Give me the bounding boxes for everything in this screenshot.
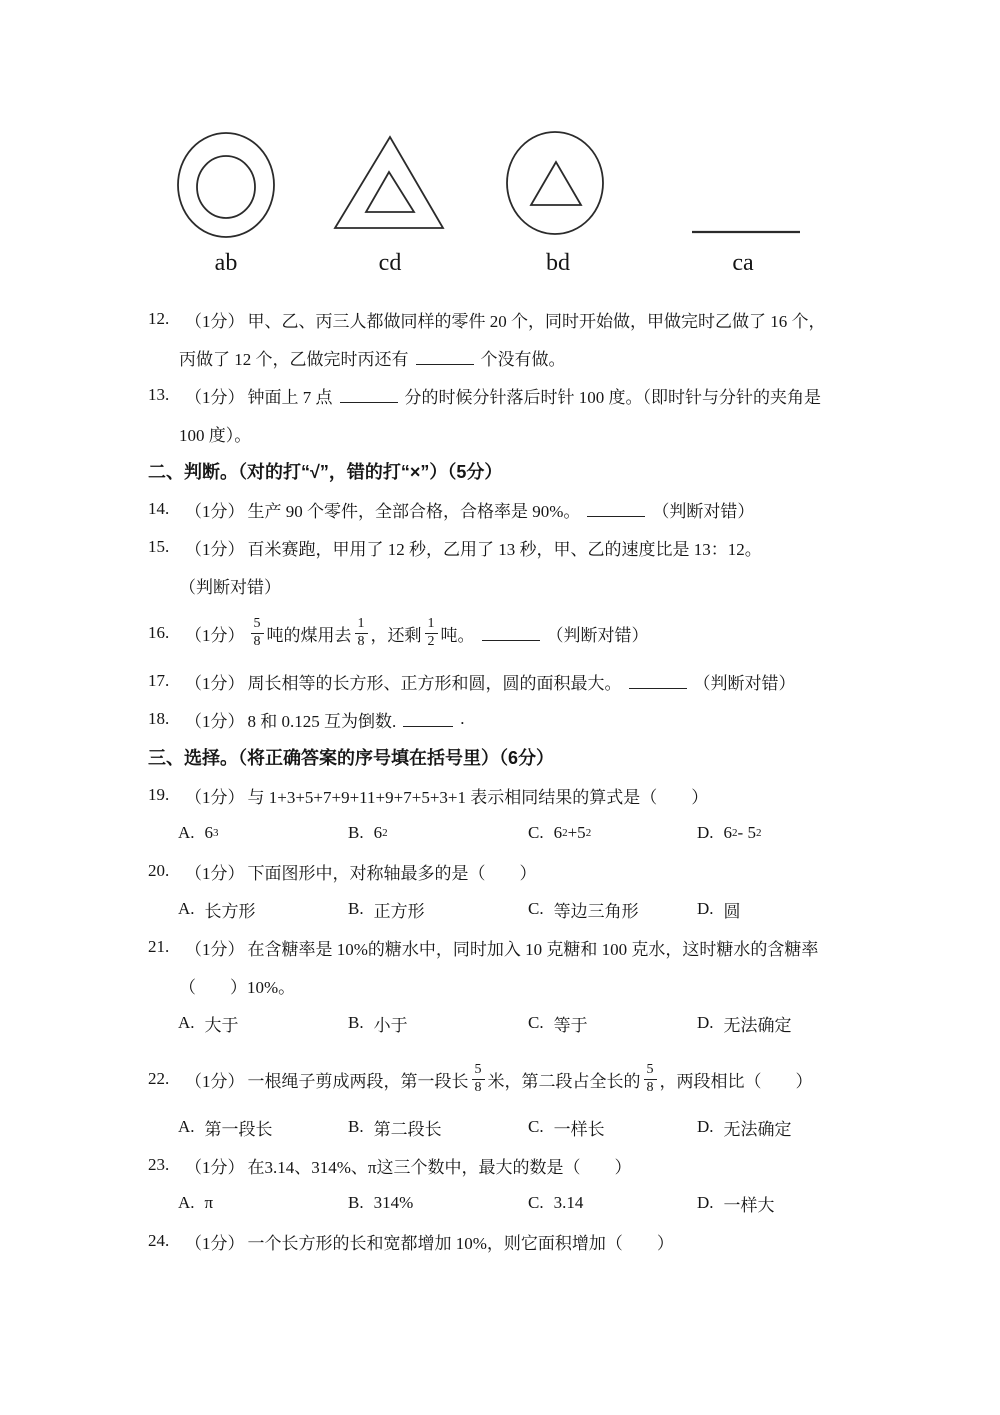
option-d: D.无法确定 bbox=[697, 1108, 792, 1146]
answer-blank bbox=[340, 387, 398, 403]
option-a: A.大于 bbox=[178, 1004, 239, 1042]
question-score: （1分） bbox=[185, 935, 245, 960]
option-c: C.等边三角形 bbox=[528, 890, 639, 928]
question-15-line-2: （判断对错） bbox=[148, 566, 880, 604]
section-title: 二、判断。（对的打“√”，错的打“×”）（5分） bbox=[148, 458, 502, 484]
fraction: 58 bbox=[472, 1062, 485, 1095]
section-3-header: 三、选择。（将正确答案的序号填在括号里）（6分） bbox=[148, 738, 880, 776]
option-a: A.第一段长 bbox=[178, 1108, 273, 1146]
question-21-line-1: 21. （1分） 在含糖率是 10%的糖水中，同时加入 10 克糖和 100 克… bbox=[148, 928, 880, 966]
judge-hint: （判断对错） bbox=[547, 621, 649, 646]
judge-hint: （判断对错） bbox=[652, 497, 754, 522]
fraction: 12 bbox=[425, 616, 438, 649]
question-number: 18. bbox=[148, 709, 185, 729]
fraction: 18 bbox=[355, 616, 368, 649]
question-22: 22. （1分） 一根绳子剪成两段，第一段长 58 米，第二段占全长的 58 ，… bbox=[148, 1050, 880, 1108]
question-score: （1分） bbox=[185, 783, 245, 808]
question-score: （1分） bbox=[185, 535, 245, 560]
question-text: （ ）10%。 bbox=[179, 973, 295, 998]
question-text: 与 1+3+5+7+9+11+9+7+5+3+1 表示相同结果的算式是（ ） bbox=[248, 783, 709, 808]
question-text: ，还剩 bbox=[371, 621, 422, 646]
question-text: 分的时候分针落后时针 100 度。（即时针与分针的夹角是 bbox=[405, 383, 822, 408]
option-c: C.62+52 bbox=[528, 814, 591, 852]
judge-hint: （判断对错） bbox=[694, 669, 796, 694]
outer-circle-shape bbox=[178, 133, 274, 237]
question-text: 在3.14、314%、π这三个数中，最大的数是（ ） bbox=[248, 1153, 632, 1178]
question-13-line-2: 100 度）。 bbox=[148, 414, 880, 452]
circle-shape bbox=[507, 132, 603, 234]
question-number: 20. bbox=[148, 861, 185, 881]
questions-area: 12. （1分） 甲、乙、丙三人都做同样的零件 20 个，同时开始做，甲做完时乙… bbox=[0, 285, 1000, 1260]
question-score: （1分） bbox=[185, 1067, 245, 1092]
question-15-line-1: 15. （1分） 百米赛跑，甲用了 12 秒，乙用了 13 秒，甲、乙的速度比是… bbox=[148, 528, 880, 566]
option-d: D.62 - 52 bbox=[697, 814, 761, 852]
question-21-line-2: （ ）10%。 bbox=[148, 966, 880, 1004]
answer-blank bbox=[403, 711, 453, 727]
question-text: 下面图形中，对称轴最多的是（ ） bbox=[248, 859, 537, 884]
question-text: 吨。 bbox=[441, 621, 475, 646]
option-b: B.第二段长 bbox=[348, 1108, 442, 1146]
question-text: 一根绳子剪成两段，第一段长 bbox=[248, 1067, 469, 1092]
question-20-options: A.长方形 B.正方形 C.等边三角形 D.圆 bbox=[148, 890, 880, 928]
option-b: B.正方形 bbox=[348, 890, 425, 928]
question-number: 12. bbox=[148, 309, 185, 329]
question-19: 19. （1分） 与 1+3+5+7+9+11+9+7+5+3+1 表示相同结果… bbox=[148, 776, 880, 814]
option-a: A.π bbox=[178, 1184, 213, 1222]
shapes-figure: ab cd bd ca bbox=[140, 115, 860, 290]
answer-blank bbox=[629, 673, 687, 689]
option-c: C.3.14 bbox=[528, 1184, 583, 1222]
triangle-in-circle-shape bbox=[531, 162, 581, 205]
option-b: B.314% bbox=[348, 1184, 413, 1222]
question-score: （1分） bbox=[185, 707, 245, 732]
question-number: 17. bbox=[148, 671, 185, 691]
question-score: （1分） bbox=[185, 669, 245, 694]
question-score: （1分） bbox=[185, 859, 245, 884]
question-score: （1分） bbox=[185, 1229, 245, 1254]
option-a: A.63 bbox=[178, 814, 219, 852]
question-score: （1分） bbox=[185, 1153, 245, 1178]
question-score: （1分） bbox=[185, 621, 245, 646]
question-text: 甲、乙、丙三人都做同样的零件 20 个，同时开始做，甲做完时乙做了 16 个， bbox=[248, 307, 826, 332]
question-number: 23. bbox=[148, 1155, 185, 1175]
question-text: ，两段相比（ ） bbox=[660, 1067, 813, 1092]
option-c: C.等于 bbox=[528, 1004, 588, 1042]
question-text: 钟面上 7 点 bbox=[248, 383, 333, 408]
fraction: 58 bbox=[644, 1062, 657, 1095]
question-23-options: A.π B.314% C.3.14 D.一样大 bbox=[148, 1184, 880, 1222]
question-text: 百米赛跑，甲用了 12 秒，乙用了 13 秒，甲、乙的速度比是 13：12。 bbox=[248, 535, 762, 560]
question-19-options: A.63 B.62 C.62+52 D.62 - 52 bbox=[148, 814, 880, 852]
exam-paper-page: ab cd bd ca 12. （1分） 甲、乙、丙三人都做同样的零件 20 个… bbox=[0, 0, 1000, 1415]
figure-label-bd: bd bbox=[546, 250, 570, 276]
question-text: 在含糖率是 10%的糖水中，同时加入 10 克糖和 100 克水，这时糖水的含糖… bbox=[248, 935, 819, 960]
question-text: 个没有做。 bbox=[481, 345, 566, 370]
figure-label-ab: ab bbox=[215, 250, 238, 276]
fraction: 58 bbox=[251, 616, 264, 649]
question-number: 22. bbox=[148, 1069, 185, 1089]
question-22-options: A.第一段长 B.第二段长 C.一样长 D.无法确定 bbox=[148, 1108, 880, 1146]
question-text: 一个长方形的长和宽都增加 10%，则它面积增加（ ） bbox=[248, 1229, 674, 1254]
question-text: 吨的煤用去 bbox=[267, 621, 352, 646]
question-text: 100 度）。 bbox=[179, 421, 251, 446]
option-d: D.无法确定 bbox=[697, 1004, 792, 1042]
question-score: （1分） bbox=[185, 383, 245, 408]
inner-circle-shape bbox=[197, 156, 255, 218]
question-12-line-2: 丙做了 12 个，乙做完时丙还有 个没有做。 bbox=[148, 338, 880, 376]
question-20: 20. （1分） 下面图形中，对称轴最多的是（ ） bbox=[148, 852, 880, 890]
answer-blank bbox=[482, 625, 540, 641]
option-a: A.长方形 bbox=[178, 890, 256, 928]
answer-blank bbox=[587, 501, 645, 517]
option-b: B.62 bbox=[348, 814, 388, 852]
option-c: C.一样长 bbox=[528, 1108, 605, 1146]
question-text: 8 和 0.125 互为倒数. bbox=[248, 707, 397, 732]
question-number: 24. bbox=[148, 1231, 185, 1251]
question-text: 米，第二段占全长的 bbox=[488, 1067, 641, 1092]
question-number: 21. bbox=[148, 937, 185, 957]
question-21-options: A.大于 B.小于 C.等于 D.无法确定 bbox=[148, 1004, 880, 1042]
question-number: 19. bbox=[148, 785, 185, 805]
question-text: 丙做了 12 个，乙做完时丙还有 bbox=[179, 345, 409, 370]
question-18: 18. （1分） 8 和 0.125 互为倒数. . bbox=[148, 700, 880, 738]
answer-blank bbox=[416, 349, 474, 365]
question-11-figure: ab cd bd ca bbox=[0, 0, 1000, 285]
option-d: D.一样大 bbox=[697, 1184, 775, 1222]
question-score: （1分） bbox=[185, 497, 245, 522]
question-score: （1分） bbox=[185, 307, 245, 332]
outer-triangle-shape bbox=[335, 137, 443, 228]
question-12-line-1: 12. （1分） 甲、乙、丙三人都做同样的零件 20 个，同时开始做，甲做完时乙… bbox=[148, 300, 880, 338]
question-13-line-1: 13. （1分） 钟面上 7 点 分的时候分针落后时针 100 度。（即时针与分… bbox=[148, 376, 880, 414]
question-number: 13. bbox=[148, 385, 185, 405]
question-14: 14. （1分） 生产 90 个零件，全部合格，合格率是 90%。 （判断对错） bbox=[148, 490, 880, 528]
section-title: 三、选择。（将正确答案的序号填在括号里）（6分） bbox=[148, 744, 554, 770]
inner-triangle-shape bbox=[366, 172, 414, 212]
question-text: . bbox=[460, 709, 464, 729]
figure-label-ca: ca bbox=[732, 250, 754, 276]
question-number: 14. bbox=[148, 499, 185, 519]
question-17: 17. （1分） 周长相等的长方形、正方形和圆，圆的面积最大。 （判断对错） bbox=[148, 662, 880, 700]
question-number: 16. bbox=[148, 623, 185, 643]
section-2-header: 二、判断。（对的打“√”，错的打“×”）（5分） bbox=[148, 452, 880, 490]
judge-hint: （判断对错） bbox=[179, 573, 281, 598]
question-text: 生产 90 个零件，全部合格，合格率是 90%。 bbox=[248, 497, 581, 522]
question-text: 周长相等的长方形、正方形和圆，圆的面积最大。 bbox=[248, 669, 622, 694]
question-24: 24. （1分） 一个长方形的长和宽都增加 10%，则它面积增加（ ） bbox=[148, 1222, 880, 1260]
question-23: 23. （1分） 在3.14、314%、π这三个数中，最大的数是（ ） bbox=[148, 1146, 880, 1184]
option-b: B.小于 bbox=[348, 1004, 408, 1042]
option-d: D.圆 bbox=[697, 890, 741, 928]
question-16: 16. （1分） 58 吨的煤用去 18 ，还剩 12 吨。 （判断对错） bbox=[148, 604, 880, 662]
question-number: 15. bbox=[148, 537, 185, 557]
figure-label-cd: cd bbox=[379, 250, 402, 276]
